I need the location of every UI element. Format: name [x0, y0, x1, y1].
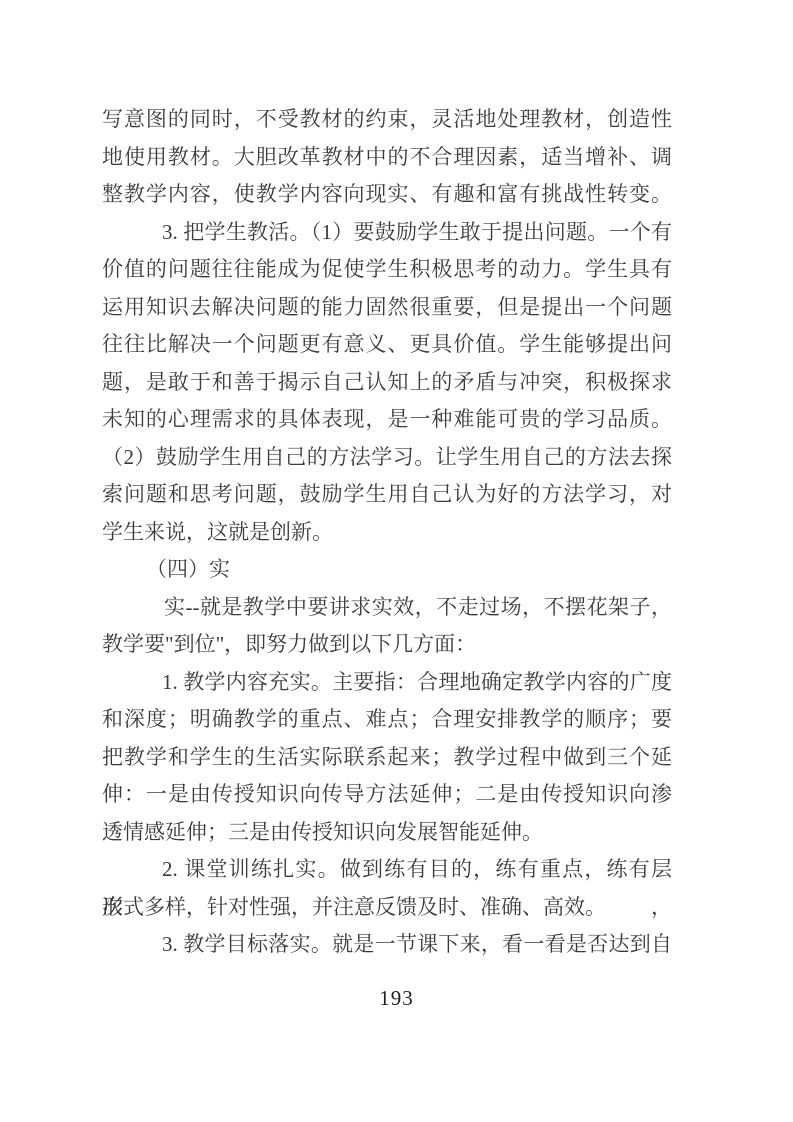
text-line: 形式多样，针对性强，并注意反馈及时、准确、高效。 — [102, 889, 672, 927]
section-heading: （四）实 — [102, 551, 672, 589]
page-number: 193 — [0, 986, 793, 1011]
text-line: 2. 课堂训练扎实。做到练有目的，练有重点，练有层次， — [102, 851, 672, 889]
text-line: 把教学和学生的生活实际联系起来；教学过程中做到三个延 — [102, 739, 672, 777]
text-line: 题，是敢于和善于揭示自己认知上的矛盾与冲突，积极探求 — [102, 364, 672, 402]
text-line: 运用知识去解决问题的能力固然很重要，但是提出一个问题 — [102, 289, 672, 327]
document-page: 写意图的同时，不受教材的约束，灵活地处理教材，创造性 地使用教材。大胆改革教材中… — [0, 0, 793, 1122]
text-line: 价值的问题往往能成为促使学生积极思考的动力。学生具有 — [102, 251, 672, 289]
text-line: 地使用教材。大胆改革教材中的不合理因素，适当增补、调 — [102, 139, 672, 177]
text-line: 透情感延伸；三是由传授知识向发展智能延伸。 — [102, 814, 672, 852]
text-line: 写意图的同时，不受教材的约束，灵活地处理教材，创造性 — [102, 101, 672, 139]
text-line: 1. 教学内容充实。主要指：合理地确定教学内容的广度 — [102, 664, 672, 702]
text-line: 学生来说，这就是创新。 — [102, 514, 672, 552]
text-line: 实--就是教学中要讲求实效，不走过场，不摆花架子， — [102, 589, 672, 627]
text-line: 3. 教学目标落实。就是一节课下来，看一看是否达到自 — [102, 926, 672, 964]
text-line: （2）鼓励学生用自己的方法学习。让学生用自己的方法去探 — [102, 439, 672, 477]
text-line: 和深度；明确教学的重点、难点；合理安排教学的顺序；要 — [102, 701, 672, 739]
text-line: 整教学内容，使教学内容向现实、有趣和富有挑战性转变。 — [102, 176, 672, 214]
text-line: 3. 把学生教活。（1）要鼓励学生敢于提出问题。一个有 — [102, 214, 672, 252]
text-block: 写意图的同时，不受教材的约束，灵活地处理教材，创造性 地使用教材。大胆改革教材中… — [102, 101, 672, 964]
text-line: 伸：一是由传授知识向传导方法延伸；二是由传授知识向渗 — [102, 776, 672, 814]
text-line: 未知的心理需求的具体表现，是一种难能可贵的学习品质。 — [102, 401, 672, 439]
text-line: 往往比解决一个问题更有意义、更具价值。学生能够提出问 — [102, 326, 672, 364]
text-line: 索问题和思考问题，鼓励学生用自己认为好的方法学习，对 — [102, 476, 672, 514]
text-line: 教学要"到位"，即努力做到以下几方面： — [102, 626, 672, 664]
